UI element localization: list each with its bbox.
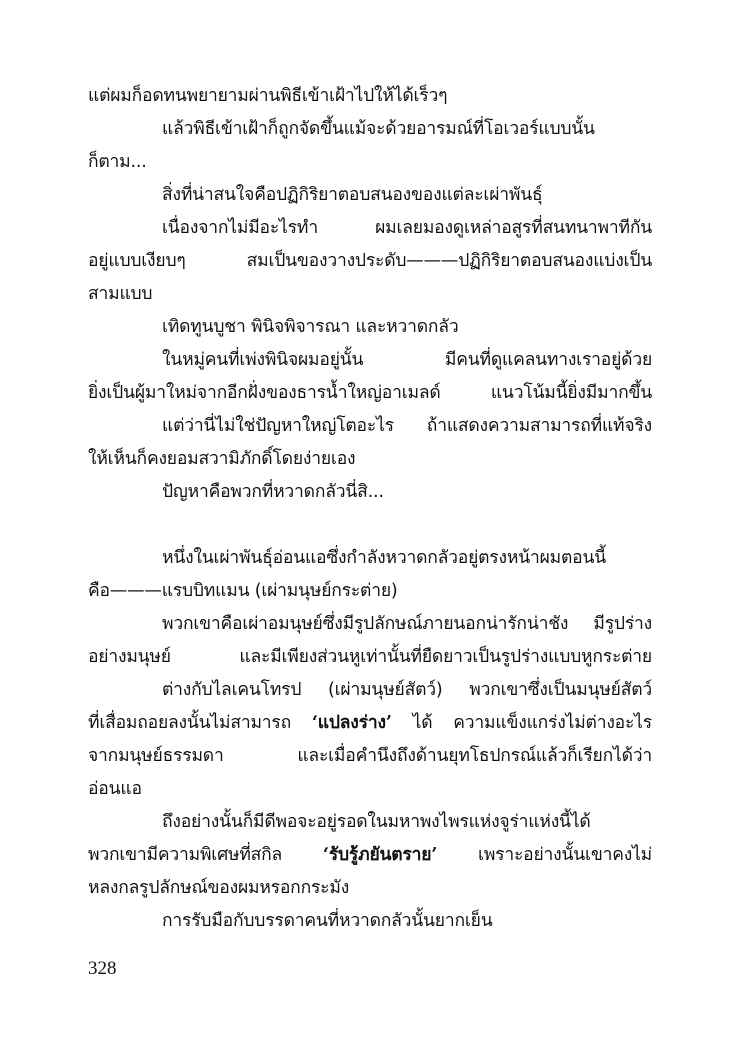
paragraph-line: สิ่งที่น่าสนใจคือปฏิกิริยาตอบสนองของแต่ล… (88, 179, 652, 212)
paragraph-line-with-emphasis: พวกเขามีความพิเศษที่สกิล ‘รับรู้ภยันตราย… (88, 839, 652, 872)
paragraph-line: หลงกลรูปลักษณ์ของผมหรอกกระมัง (88, 872, 652, 905)
paragraph-line: ถึงอย่างนั้นก็มีดีพอจะอยู่รอดในมหาพงไพรแ… (88, 806, 652, 839)
line-text: ที่เสื่อมถอยลงนั้นไม่สามารถ (88, 713, 312, 733)
page-number: 328 (88, 958, 117, 980)
paragraph-line: การรับมือกับบรรดาคนที่หวาดกลัวนั้นยากเย็… (88, 905, 652, 938)
line-text: เพราะอย่างนั้นเขาคงไม่ (437, 845, 652, 865)
paragraph-line: เนื่องจากไม่มีอะไรทำ ผมเลยมองดูเหล่าอสูร… (88, 212, 652, 245)
paragraph-line: แต่ผมก็อดทนพยายามผ่านพิธีเข้าเฝ้าไปให้ได… (88, 80, 652, 113)
paragraph-line: อยู่แบบเงียบๆ สมเป็นของวางประดับ———ปฏิกิ… (88, 245, 652, 278)
paragraph-line: ในหมู่คนที่เพ่งพินิจผมอยู่นั้น มีคนที่ดู… (88, 344, 652, 377)
paragraph-line: ต่างกับไลเคนโทรป (เผ่ามนุษย์สัตว์) พวกเข… (88, 674, 652, 707)
book-page-body: แต่ผมก็อดทนพยายามผ่านพิธีเข้าเฝ้าไปให้ได… (88, 80, 652, 938)
paragraph-line-with-emphasis: ที่เสื่อมถอยลงนั้นไม่สามารถ ‘แปลงร่าง’ ไ… (88, 707, 652, 740)
paragraph-line: อย่างมนุษย์ และมีเพียงส่วนหูเท่านั้นที่ย… (88, 641, 652, 674)
paragraph-line: จากมนุษย์ธรรมดา และเมื่อคำนึงถึงด้านยุทโ… (88, 740, 652, 773)
paragraph-line: ยิ่งเป็นผู้มาใหม่จากอีกฝั่งของธารน้ำใหญ่… (88, 377, 652, 410)
emphasized-term: ‘แปลงร่าง’ (312, 713, 392, 733)
line-text: ได้ ความแข็งแกร่งไม่ต่างอะไร (392, 713, 652, 733)
paragraph-line: อ่อนแอ (88, 773, 652, 806)
section-break (88, 509, 652, 542)
paragraph-line: คือ———แรบบิทแมน (เผ่ามนุษย์กระต่าย) (88, 575, 652, 608)
paragraph-line: ก็ตาม... (88, 146, 652, 179)
paragraph-line: ปัญหาคือพวกที่หวาดกลัวนี่สิ... (88, 476, 652, 509)
paragraph-line: แล้วพิธีเข้าเฝ้าก็ถูกจัดขึ้นแม้จะด้วยอาร… (88, 113, 652, 146)
paragraph-line: ให้เห็นก็คงยอมสวามิภักดิ์โดยง่ายเอง (88, 443, 652, 476)
paragraph-line: เทิดทูนบูชา พินิจพิจารณา และหวาดกลัว (88, 311, 652, 344)
paragraph-line: สามแบบ (88, 278, 652, 311)
paragraph-line: หนึ่งในเผ่าพันธุ์อ่อนแอซึ่งกำลังหวาดกลัว… (88, 542, 652, 575)
line-text: พวกเขามีความพิเศษที่สกิล (88, 845, 323, 865)
paragraph-line: พวกเขาคือเผ่าอมนุษย์ซึ่งมีรูปลักษณ์ภายนอ… (88, 608, 652, 641)
paragraph-line: แต่ว่านี่ไม่ใช่ปัญหาใหญ่โตอะไร ถ้าแสดงคว… (88, 410, 652, 443)
emphasized-term: ‘รับรู้ภยันตราย’ (323, 845, 437, 865)
